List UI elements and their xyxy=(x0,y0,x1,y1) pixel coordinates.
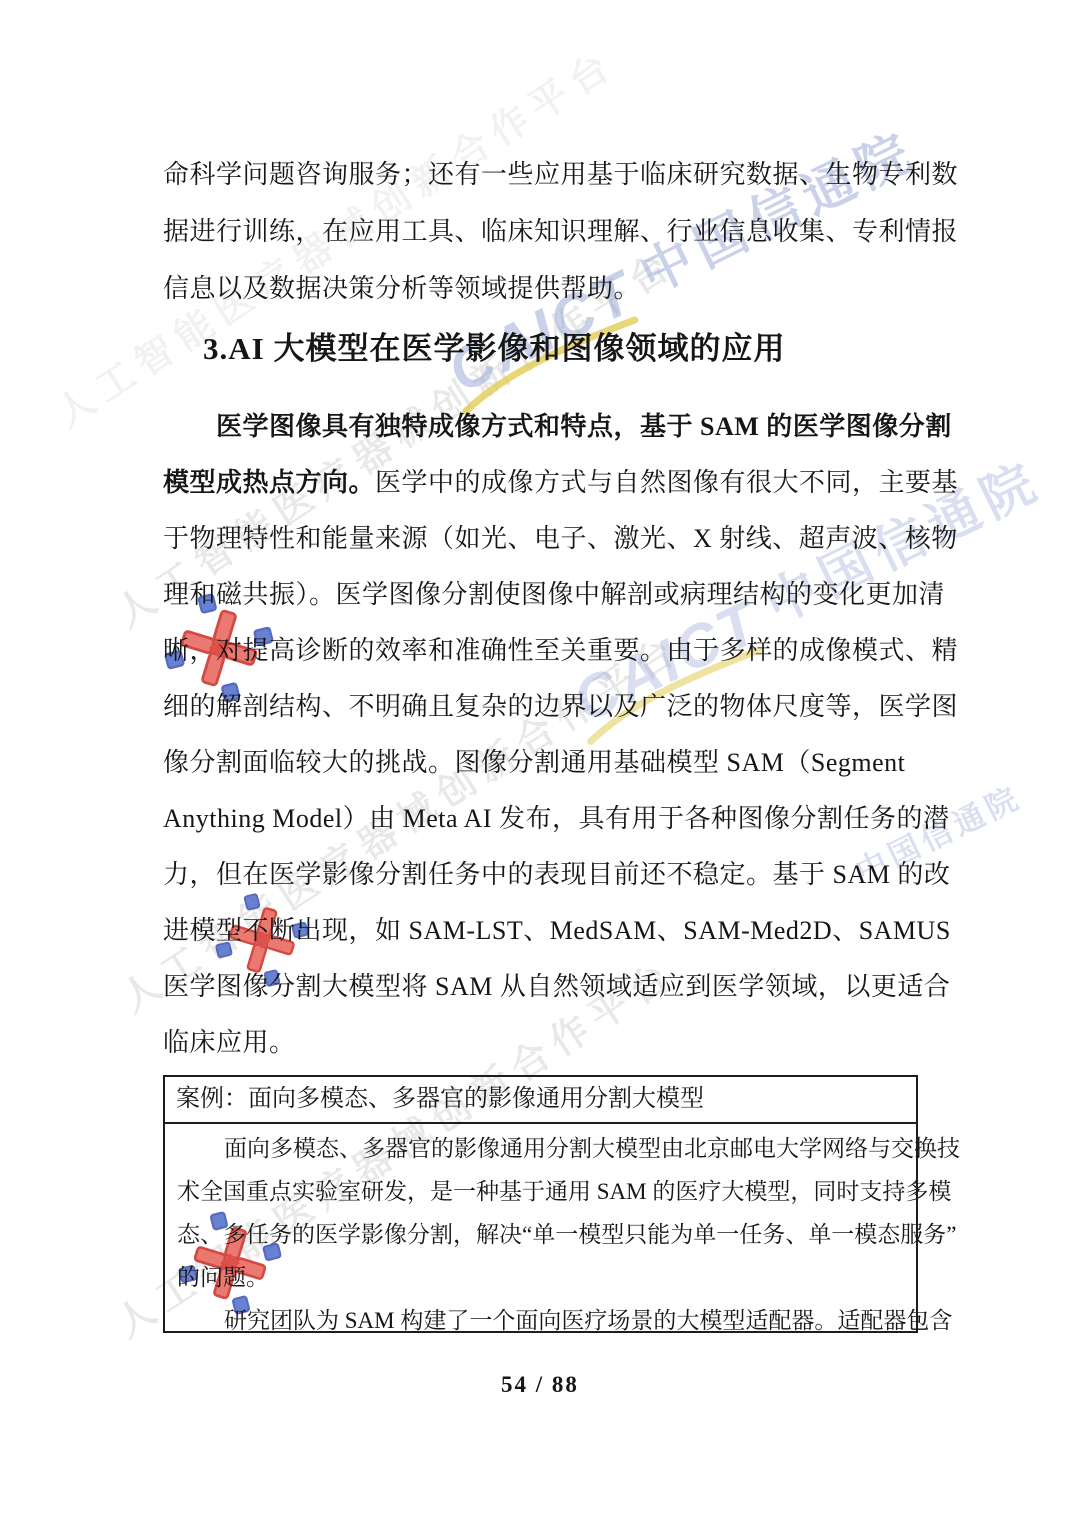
section-heading: 3.AI 大模型在医学影像和图像领域的应用 xyxy=(203,330,785,368)
text-line: 理和磁共振）。医学图像分割使图像中解剖或病理结构的变化更加清 xyxy=(163,567,921,623)
text-line: 力，但在医学影像分割任务中的表现目前还不稳定。基于 SAM 的改 xyxy=(163,847,921,903)
text-line: 医学图像分割大模型将 SAM 从自然领域适应到医学领域，以更适合 xyxy=(163,959,921,1015)
text-line: 像分割面临较大的挑战。图像分割通用基础模型 SAM（Segment xyxy=(163,735,921,791)
paragraph-medical-imaging: 医学图像具有独特成像方式和特点，基于 SAM 的医学图像分割模型成热点方向。医学… xyxy=(163,399,921,1071)
text-line: 研究团队为 SAM 构建了一个面向医疗场景的大模型适配器。适配器包含 xyxy=(177,1299,904,1342)
text-line: 进模型不断出现，如 SAM-LST、MedSAM、SAM-Med2D、SAMUS xyxy=(163,903,921,959)
case-box-title: 案例：面向多模态、多器官的影像通用分割大模型 xyxy=(165,1077,916,1124)
text-line: 模型成热点方向。医学中的成像方式与自然图像有很大不同，主要基 xyxy=(163,455,921,511)
text-line: 的问题。 xyxy=(177,1256,904,1299)
paragraph-continued: 命科学问题咨询服务；还有一些应用基于临床研究数据、生物专利数据进行训练，在应用工… xyxy=(163,146,921,317)
text-line: 术全国重点实验室研发，是一种基于通用 SAM 的医疗大模型，同时支持多模 xyxy=(177,1170,904,1213)
text-line: 据进行训练，在应用工具、临床知识理解、行业信息收集、专利情报 xyxy=(163,203,921,260)
page-number: 54 / 88 xyxy=(0,1372,1080,1398)
text-line: 医学图像具有独特成像方式和特点，基于 SAM 的医学图像分割 xyxy=(163,399,921,455)
text-line: 细的解剖结构、不明确且复杂的边界以及广泛的物体尺度等，医学图 xyxy=(163,679,921,735)
text-line: Anything Model）由 Meta AI 发布，具有用于各种图像分割任务… xyxy=(163,791,921,847)
text-line: 面向多模态、多器官的影像通用分割大模型由北京邮电大学网络与交换技 xyxy=(177,1127,904,1170)
text-line: 命科学问题咨询服务；还有一些应用基于临床研究数据、生物专利数 xyxy=(163,146,921,203)
text-line: 临床应用。 xyxy=(163,1015,921,1071)
text-line: 于物理特性和能量来源（如光、电子、激光、X 射线、超声波、核物 xyxy=(163,511,921,567)
text-line: 态、多任务的医学影像分割，解决“单一模型只能为单一任务、单一模态服务” xyxy=(177,1213,904,1256)
text-line: 信息以及数据决策分析等领域提供帮助。 xyxy=(163,260,921,317)
document-page: 人工智能医疗器械创新合作平台 人工智能医疗器械创新合作平台 人工智能医疗器械创新… xyxy=(0,0,1080,1528)
text-line: 晰，对提高诊断的效率和准确性至关重要。由于多样的成像模式、精 xyxy=(163,623,921,679)
text-layer: 命科学问题咨询服务；还有一些应用基于临床研究数据、生物专利数据进行训练，在应用工… xyxy=(0,0,1080,1528)
case-study-box: 案例：面向多模态、多器官的影像通用分割大模型 面向多模态、多器官的影像通用分割大… xyxy=(163,1075,918,1333)
case-box-body: 面向多模态、多器官的影像通用分割大模型由北京邮电大学网络与交换技术全国重点实验室… xyxy=(165,1124,916,1342)
